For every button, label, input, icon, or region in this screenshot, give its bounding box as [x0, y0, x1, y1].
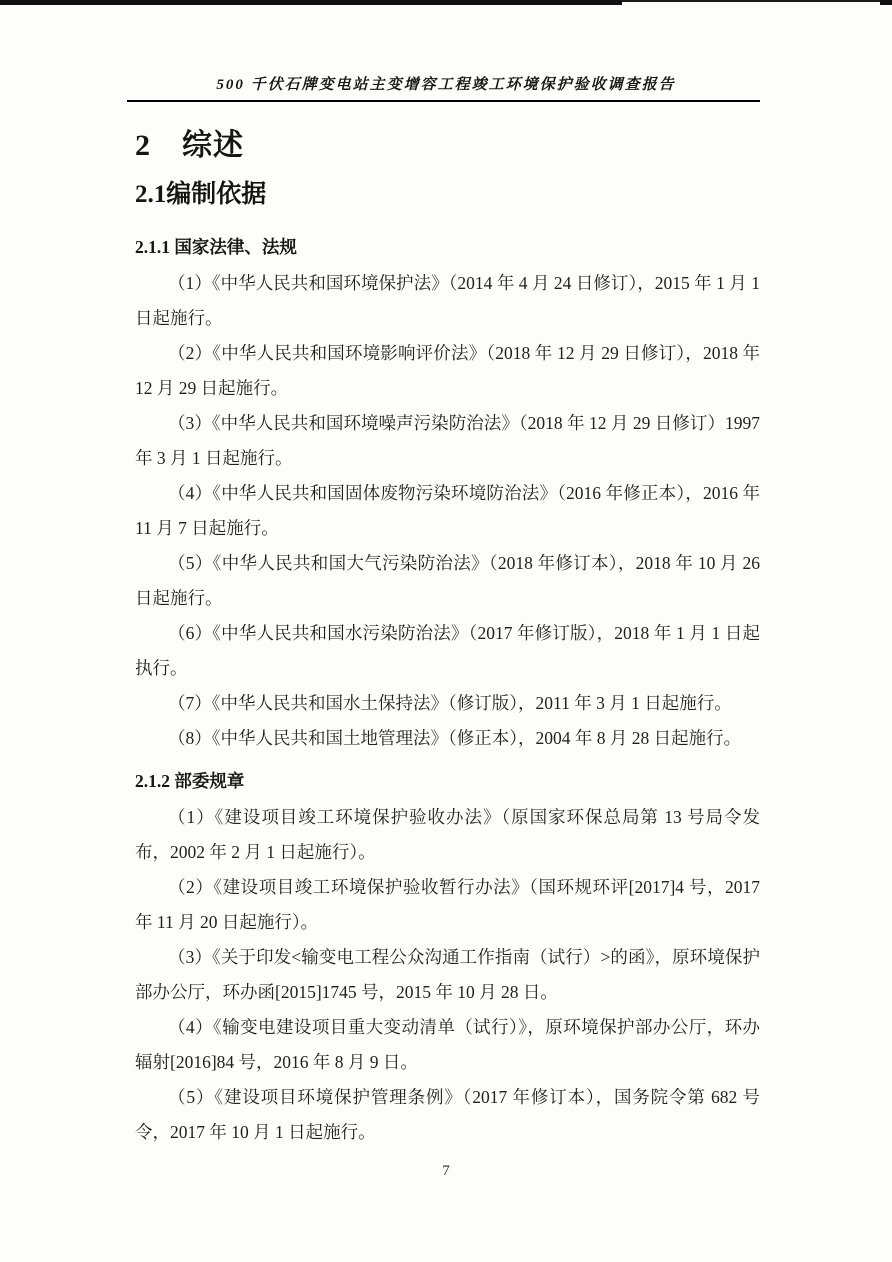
section-heading: 2.1编制依据 — [135, 179, 760, 211]
law-item-7: （7）《中华人民共和国水土保持法》（修订版），2011 年 3 月 1 日起施行… — [135, 686, 760, 721]
law-item-1: （1）《中华人民共和国环境保护法》（2014 年 4 月 24 日修订），201… — [135, 266, 760, 336]
regulation-item-5: （5）《建设项目环境保护管理条例》（2017 年修订本），国务院令第 682 号… — [135, 1080, 760, 1150]
law-item-5: （5）《中华人民共和国大气污染防治法》（2018 年修订本），2018 年 10… — [135, 546, 760, 616]
scan-edge-nub — [880, 0, 892, 5]
law-item-2: （2）《中华人民共和国环境影响评价法》（2018 年 12 月 29 日修订），… — [135, 336, 760, 406]
document-page: 500 千伏石牌变电站主变增容工程竣工环境保护验收调查报告 2 综述 2.1编制… — [0, 0, 892, 1262]
law-item-6: （6）《中华人民共和国水污染防治法》（2017 年修订版），2018 年 1 月… — [135, 616, 760, 686]
document-body: 2 综述 2.1编制依据 2.1.1 国家法律、法规 （1）《中华人民共和国环境… — [135, 127, 760, 1150]
header-rule — [127, 100, 760, 102]
regulation-item-4: （4）《输变电建设项目重大变动清单（试行）》，原环境保护部办公厅，环办辐射[20… — [135, 1010, 760, 1080]
regulation-item-3: （3）《关于印发<输变电工程公众沟通工作指南（试行）>的函》，原环境保护部办公厅… — [135, 940, 760, 1010]
subsection-heading-regulations: 2.1.2 部委规章 — [135, 769, 760, 793]
law-item-3: （3）《中华人民共和国环境噪声污染防治法》（2018 年 12 月 29 日修订… — [135, 406, 760, 476]
scan-edge-bar — [0, 0, 622, 5]
page-number: 7 — [0, 1163, 892, 1180]
regulation-item-2: （2）《建设项目竣工环境保护验收暂行办法》（国环规环评[2017]4 号，201… — [135, 870, 760, 940]
running-header-title: 500 千伏石牌变电站主变增容工程竣工环境保护验收调查报告 — [0, 73, 892, 94]
subsection-heading-laws: 2.1.1 国家法律、法规 — [135, 235, 760, 259]
law-item-8: （8）《中华人民共和国土地管理法》（修正本），2004 年 8 月 28 日起施… — [135, 721, 760, 756]
regulation-item-1: （1）《建设项目竣工环境保护验收办法》（原国家环保总局第 13 号局令发布，20… — [135, 800, 760, 870]
chapter-heading: 2 综述 — [135, 127, 760, 165]
law-item-4: （4）《中华人民共和国固体废物污染环境防治法》（2016 年修正本），2016 … — [135, 476, 760, 546]
